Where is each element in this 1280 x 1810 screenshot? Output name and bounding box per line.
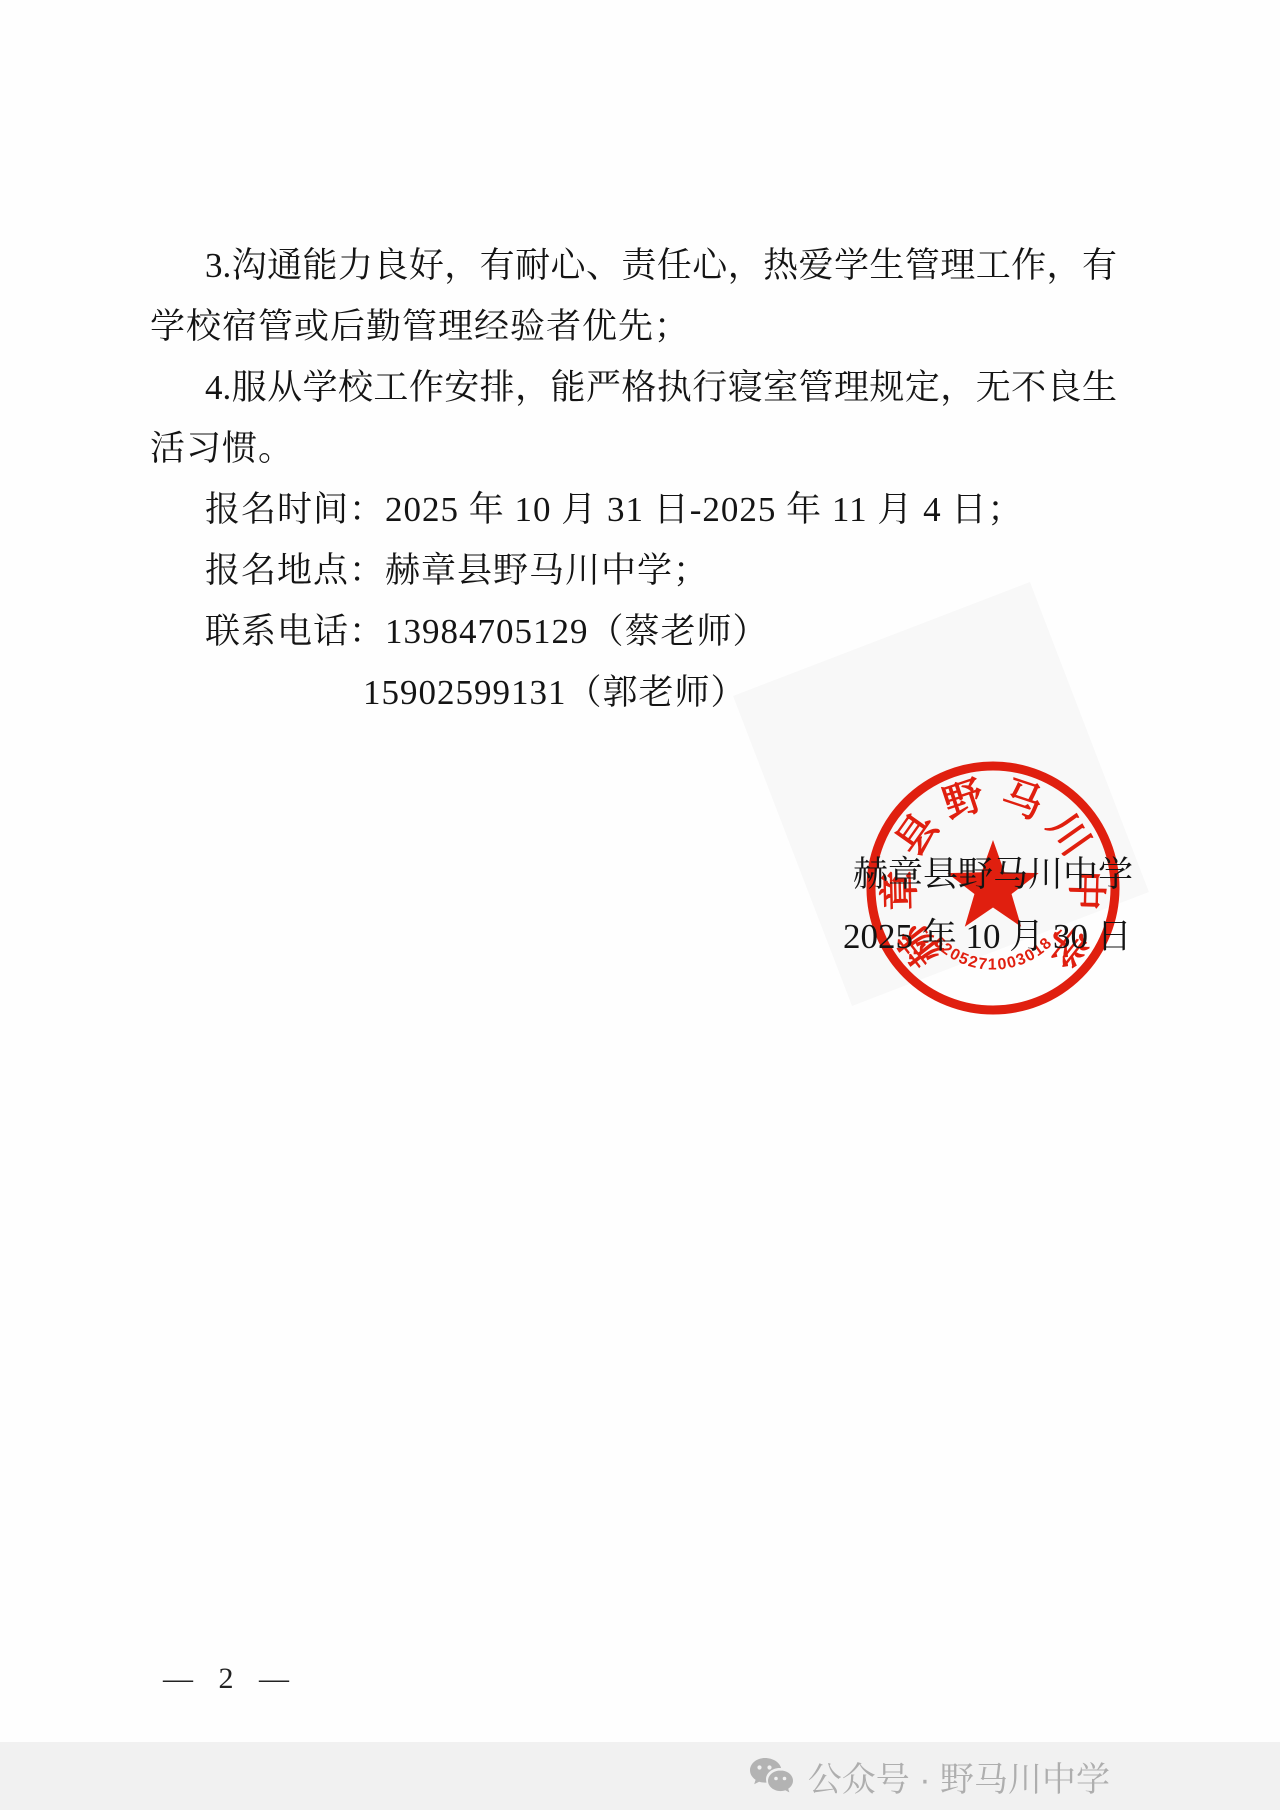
body-line-7: 联系电话：13984705129（蔡老师）	[205, 609, 769, 655]
body-line-1: 3.沟通能力良好，有耐心、责任心，热爱学生管理工作，有	[205, 243, 1117, 289]
body-line-2: 学校宿管或后勤管理经验者优先；	[150, 304, 690, 350]
body-line-8: 15902599131（郭老师）	[363, 670, 747, 716]
body-line-5: 报名时间：2025 年 10 月 31 日-2025 年 11 月 4 日；	[205, 487, 1023, 533]
signature-date: 2025 年 10 月 30 日	[843, 915, 1132, 959]
wechat-icon	[748, 1756, 794, 1796]
watermark-text: 公众号 · 野马川中学	[808, 1752, 1110, 1801]
body-line-3: 4.服从学校工作安排，能严格执行寝室管理规定，无不良生	[205, 365, 1117, 411]
document-page: 3.沟通能力良好，有耐心、责任心，热爱学生管理工作，有学校宿管或后勤管理经验者优…	[0, 0, 1280, 1810]
body-line-6: 报名地点：赫章县野马川中学；	[205, 548, 709, 594]
watermark-bar: 公众号 · 野马川中学	[0, 1742, 1280, 1810]
body-line-4: 活习惯。	[150, 426, 294, 472]
signature-org: 赫章县野马川中学	[853, 853, 1133, 897]
page-number: — 2 —	[163, 1662, 291, 1696]
